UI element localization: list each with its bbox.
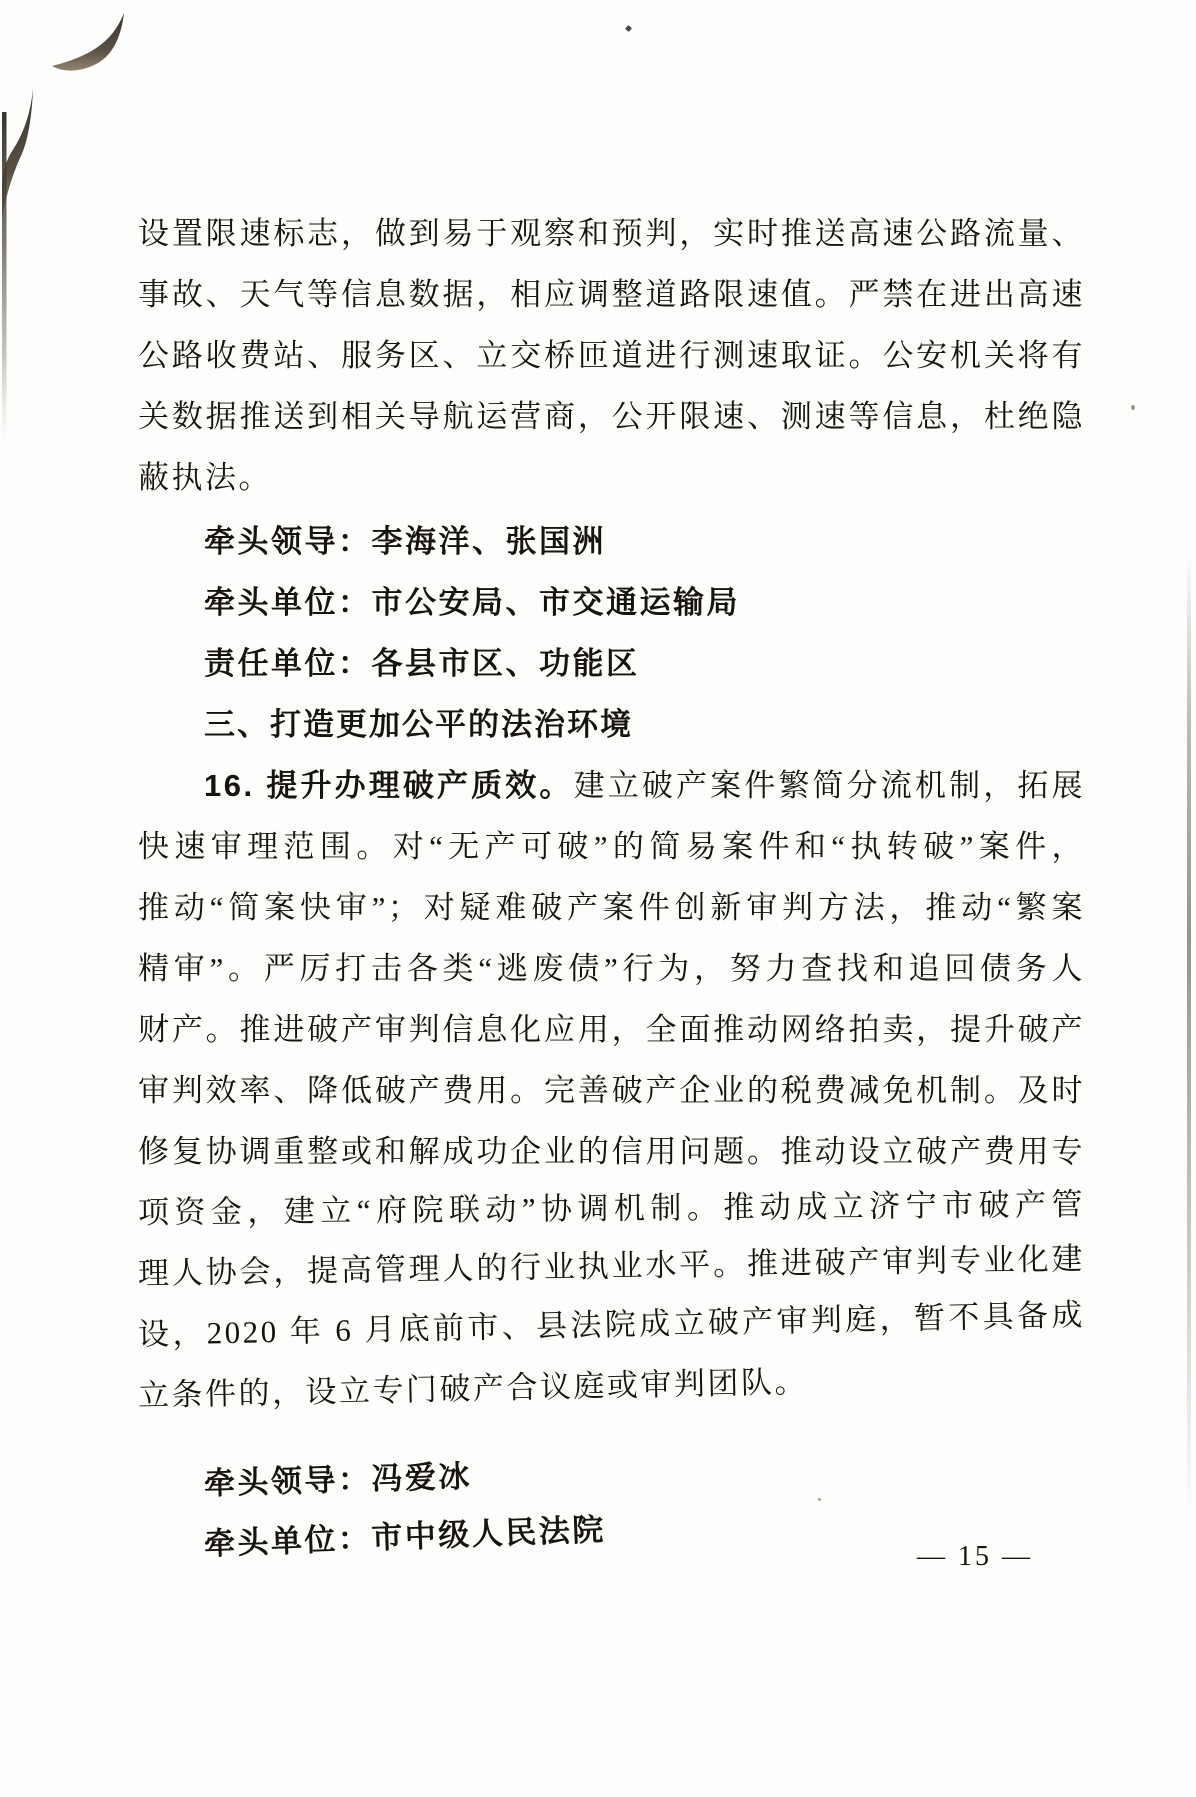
text-line: 关数据推送到相关导航运营商，公开限速、测速等信息，杜绝隐: [138, 386, 1085, 447]
paragraph-traffic-enforcement: 设置限速标志，做到易于观察和预判，实时推送高速公路流量、 事故、天气等信息数据，…: [138, 203, 1085, 508]
scan-speck: [625, 25, 632, 32]
responsible-unit-line: 责任单位：各县市区、功能区: [138, 633, 1085, 694]
section-heading: 三、打造更加公平的法治环境: [138, 694, 1085, 755]
text-line: 精审”。严厉打击各类“逃废债”行为，努力查找和追回债务人: [138, 938, 1085, 999]
scanned-document-page: 设置限速标志，做到易于观察和预判，实时推送高速公路流量、 事故、天气等信息数据，…: [0, 0, 1196, 1797]
page-curl-crescent-mark: [52, 13, 124, 71]
page-curl-sliver-mark: [2, 88, 33, 218]
paragraph-item-16: 16. 提升办理破产质效。建立破产案件繁简分流机制，拓展 快速审理范围。对“无产…: [138, 755, 1085, 1426]
scan-speck: [1131, 405, 1135, 410]
document-text-block: 设置限速标志，做到易于观察和预判，实时推送高速公路流量、 事故、天气等信息数据，…: [138, 203, 1085, 1577]
text-line: 推动“简案快审”；对疑难破产案件创新审判方法，推动“繁案: [138, 877, 1085, 938]
text-line: 16. 提升办理破产质效。建立破产案件繁简分流机制，拓展: [138, 755, 1085, 816]
lead-info-block-item15: 牵头领导：李海洋、张国洲 牵头单位：市公安局、市交通运输局 责任单位：各县市区、…: [138, 511, 1085, 694]
text-line: 快速审理范围。对“无产可破”的简易案件和“执转破”案件，: [138, 816, 1085, 877]
lead-unit-line: 牵头单位：市公安局、市交通运输局: [138, 572, 1085, 633]
text-line: 审判效率、降低破产费用。完善破产企业的税费减免机制。及时: [138, 1060, 1085, 1121]
page-number: — 15 —: [905, 1541, 1045, 1573]
left-edge-line-mark: [2, 112, 7, 442]
item-number-and-title: 16. 提升办理破产质效。: [204, 768, 574, 803]
text-line: 修复协调重整或和解成功企业的信用问题。推动设立破产费用专: [138, 1121, 1085, 1182]
text-line: 事故、天气等信息数据，相应调整道路限速值。严禁在进出高速: [138, 264, 1085, 325]
lead-leader-line: 牵头领导：李海洋、张国洲: [138, 511, 1085, 572]
item-lead-rest: 建立破产案件繁简分流机制，拓展: [574, 768, 1085, 803]
text-line: 蔽执法。: [138, 447, 1085, 508]
text-line: 公路收费站、服务区、立交桥匝道进行测速取证。公安机关将有: [138, 325, 1085, 386]
text-line: 设置限速标志，做到易于观察和预判，实时推送高速公路流量、: [138, 203, 1085, 264]
scan-right-edge-shadow: [1187, 555, 1191, 1515]
text-line: 财产。推进破产审判信息化应用，全面推动网络拍卖，提升破产: [138, 999, 1085, 1060]
